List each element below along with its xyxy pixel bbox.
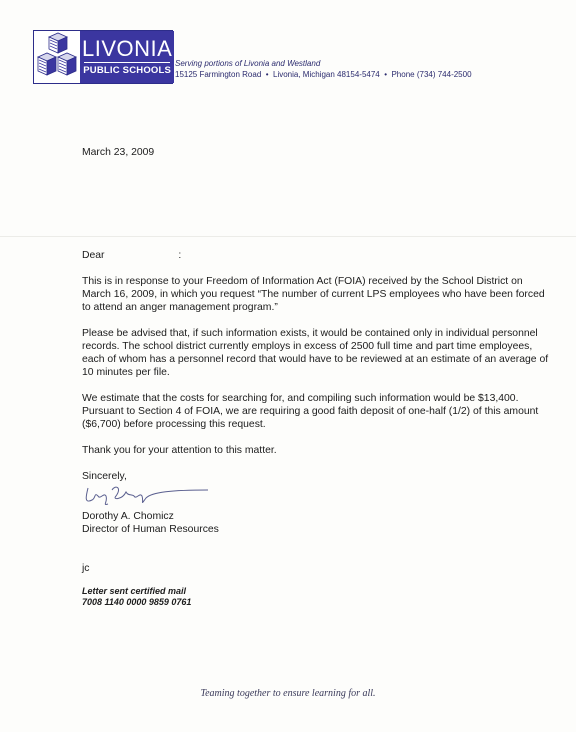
certified-mail-block: Letter sent certified mail 7008 1140 000… [82,586,552,608]
signer-title: Director of Human Resources [82,523,552,536]
typist-initials: jc [82,562,552,575]
logo-subtitle: PUBLIC SCHOOLS [83,65,171,77]
separator-dot: • [384,70,387,79]
separator-dot: • [266,70,269,79]
paragraph-costs: We estimate that the costs for searching… [82,392,552,431]
tagline: Serving portions of Livonia and Westland [175,58,472,69]
footer-motto: Teaming together to ensure learning for … [0,688,576,699]
paragraph-thanks: Thank you for your attention to this mat… [82,444,552,457]
logo-wordmark: LIVONIA PUBLIC SCHOOLS [80,31,174,83]
salutation-line: Dear : [82,249,552,262]
contact-block: Serving portions of Livonia and Westland… [175,58,472,80]
certified-mail-label: Letter sent certified mail [82,586,552,597]
phone-number: Phone (734) 744-2500 [391,70,471,79]
salutation-colon: : [178,250,181,261]
letter-date: March 23, 2009 [82,146,552,159]
signature-image [82,478,222,508]
signer-name: Dorothy A. Chomicz [82,510,552,523]
signer-block: Dorothy A. Chomicz Director of Human Res… [82,510,552,536]
stacked-cubes-icon [34,31,80,83]
address-line: 15125 Farmington Road • Livonia, Michiga… [175,69,472,80]
paragraph-records: Please be advised that, if such informat… [82,327,552,379]
city-state-zip: Livonia, Michigan 48154-5474 [273,70,380,79]
logo-rule [84,62,170,63]
paragraph-foia-request: This is in response to your Freedom of I… [82,275,552,314]
street-address: 15125 Farmington Road [175,70,261,79]
page-fold-line [0,236,576,237]
logo-name: LIVONIA [82,38,172,60]
certified-mail-number: 7008 1140 0000 9859 0761 [82,597,552,608]
salutation: Dear [82,250,105,261]
district-logo: LIVONIA PUBLIC SCHOOLS [33,30,173,84]
